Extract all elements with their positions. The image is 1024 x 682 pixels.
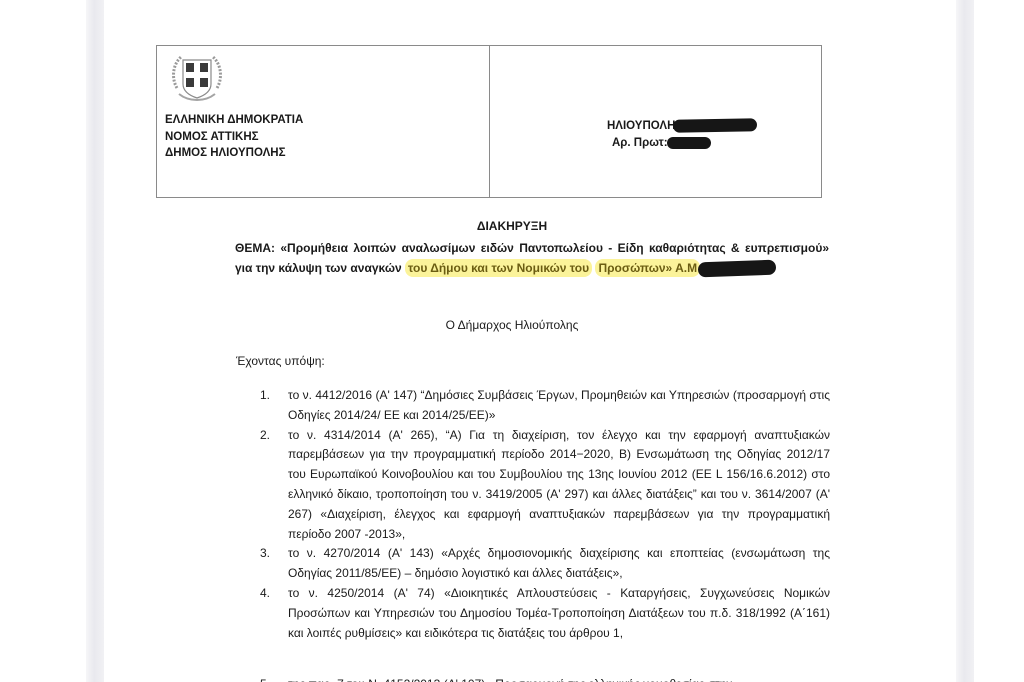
page-edge-right [956,0,974,682]
letterhead-table: ΕΛΛΗΝΙΚΗ ΔΗΜΟΚΡΑΤΙΑ ΝΟΜΟΣ ΑΤΤΙΚΗΣ ΔΗΜΟΣ … [156,45,822,198]
list-item: 1. το ν. 4412/2016 (Α' 147) “Δημόσιες Συ… [260,386,830,426]
list-item-text: το ν. 4314/2014 (Α' 265), “Α) Για τη δια… [288,426,830,545]
place-label: ΗΛΙΟΥΠΟΛΗ [607,120,675,132]
list-item-number: 1. [260,386,288,426]
list-item: 3. το ν. 4270/2014 (Α' 143) «Αρχές δημοσ… [260,544,830,584]
highlighted-text: του Δήμου και των Νομικών του [405,259,592,277]
document-title: ΔΙΑΚΗΡΥΞΗ [0,219,1024,233]
list-item-number: 5. [260,675,288,682]
redaction-mark [667,137,711,149]
list-item-text: της παρ. 7 του Ν. 4152/2013 (Α' 107) «Πρ… [288,675,830,682]
list-item: 4. το ν. 4250/2014 (Α' 74) «Διοικητικές … [260,584,830,643]
subject-paragraph: ΘΕΜΑ: «Προμήθεια λοιπών αναλωσίμων ειδών… [235,238,829,278]
list-item-text: το ν. 4270/2014 (Α' 143) «Αρχές δημοσιον… [288,544,830,584]
list-item-text: το ν. 4412/2016 (Α' 147) “Δημόσιες Συμβά… [288,386,830,426]
list-item-number: 2. [260,426,288,545]
protocol-label: Αρ. Πρωτ: [612,137,668,149]
list-item-text: το ν. 4250/2014 (Α' 74) «Διοικητικές Απλ… [288,584,830,643]
place-date-block: ΗΛΙΟΥΠΟΛΗ Αρ. Πρωτ: [607,118,757,152]
legal-basis-list: 1. το ν. 4412/2016 (Α' 147) “Δημόσιες Συ… [260,386,830,643]
redaction-mark [673,119,757,133]
org-line-municipality: ΔΗΜΟΣ ΗΛΙΟΥΠΟΛΗΣ [165,145,303,162]
greek-coat-of-arms-icon [167,48,227,106]
page-edge-left [86,0,104,682]
issuing-authority: ΕΛΛΗΝΙΚΗ ΔΗΜΟΚΡΑΤΙΑ ΝΟΜΟΣ ΑΤΤΙΚΗΣ ΔΗΜΟΣ … [165,112,303,162]
list-item: 5. της παρ. 7 του Ν. 4152/2013 (Α' 107) … [260,675,830,682]
redaction-mark [698,260,776,278]
highlighted-text: Προσώπων» Α.Μ [595,259,700,277]
list-item: 2. το ν. 4314/2014 (Α' 265), “Α) Για τη … [260,426,830,545]
org-line-prefecture: ΝΟΜΟΣ ΑΤΤΙΚΗΣ [165,129,303,146]
letterhead-right-cell: ΗΛΙΟΥΠΟΛΗ Αρ. Πρωτ: [490,46,821,197]
list-item-number: 4. [260,584,288,643]
mayor-heading: Ο Δήμαρχος Ηλιούπολης [0,318,1024,332]
org-line-republic: ΕΛΛΗΝΙΚΗ ΔΗΜΟΚΡΑΤΙΑ [165,112,303,129]
considering-label: Έχοντας υπόψη: [236,354,325,368]
list-item-number: 3. [260,544,288,584]
letterhead-left-cell: ΕΛΛΗΝΙΚΗ ΔΗΜΟΚΡΑΤΙΑ ΝΟΜΟΣ ΑΤΤΙΚΗΣ ΔΗΜΟΣ … [157,46,490,197]
